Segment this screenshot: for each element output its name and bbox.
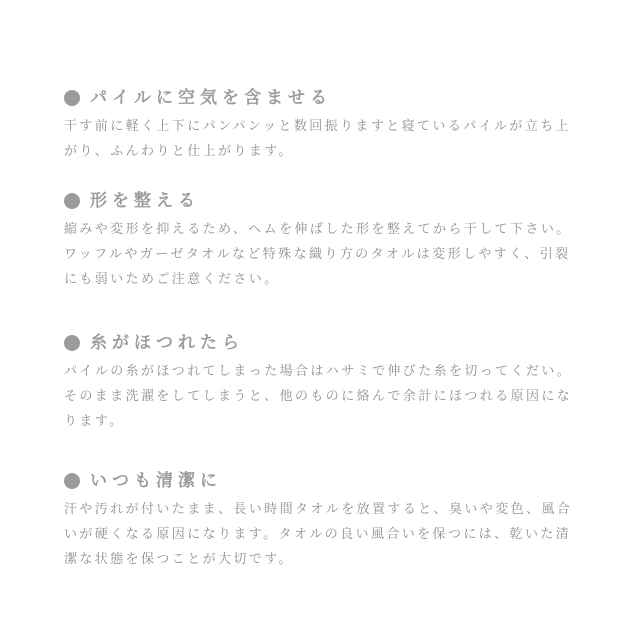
section-title: 形を整える <box>90 190 200 212</box>
section-fluff-pile: パイルに空気を含ませる 干す前に軽く上下にパンパンッと数回振りますと寝ているパイ… <box>64 87 590 163</box>
bullet-icon <box>64 90 80 106</box>
section-header: パイルに空気を含ませる <box>64 87 590 109</box>
section-title: 糸がほつれたら <box>90 332 244 354</box>
section-body: パイルの糸がほつれてしまった場合はハサミで伸びた糸を切ってくだい。 そのまま洗濯… <box>64 358 590 433</box>
section-header: 形を整える <box>64 190 590 212</box>
section-header: 糸がほつれたら <box>64 332 590 354</box>
bullet-icon <box>64 335 80 351</box>
section-title: パイルに空気を含ませる <box>90 87 332 109</box>
section-header: いつも清潔に <box>64 470 590 492</box>
section-shape: 形を整える 縮みや変形を抑えるため、ヘムを伸ばした形を整えてから干して下さい。 … <box>64 190 590 291</box>
bullet-icon <box>64 473 80 489</box>
section-body: 汗や汚れが付いたまま、長い時間タオルを放置すると、臭いや変色、風合 いが硬くなる… <box>64 496 590 571</box>
section-loose-thread: 糸がほつれたら パイルの糸がほつれてしまった場合はハサミで伸びた糸を切ってくだい… <box>64 332 590 433</box>
section-body: 干す前に軽く上下にパンパンッと数回振りますと寝ているパイルが立ち上 がり、ふんわ… <box>64 113 590 163</box>
section-keep-clean: いつも清潔に 汗や汚れが付いたまま、長い時間タオルを放置すると、臭いや変色、風合… <box>64 470 590 571</box>
care-instructions-page: パイルに空気を含ませる 干す前に軽く上下にパンパンッと数回振りますと寝ているパイ… <box>0 0 640 639</box>
section-body: 縮みや変形を抑えるため、ヘムを伸ばした形を整えてから干して下さい。 ワッフルやガ… <box>64 216 590 291</box>
bullet-icon <box>64 193 80 209</box>
section-title: いつも清潔に <box>90 470 222 492</box>
